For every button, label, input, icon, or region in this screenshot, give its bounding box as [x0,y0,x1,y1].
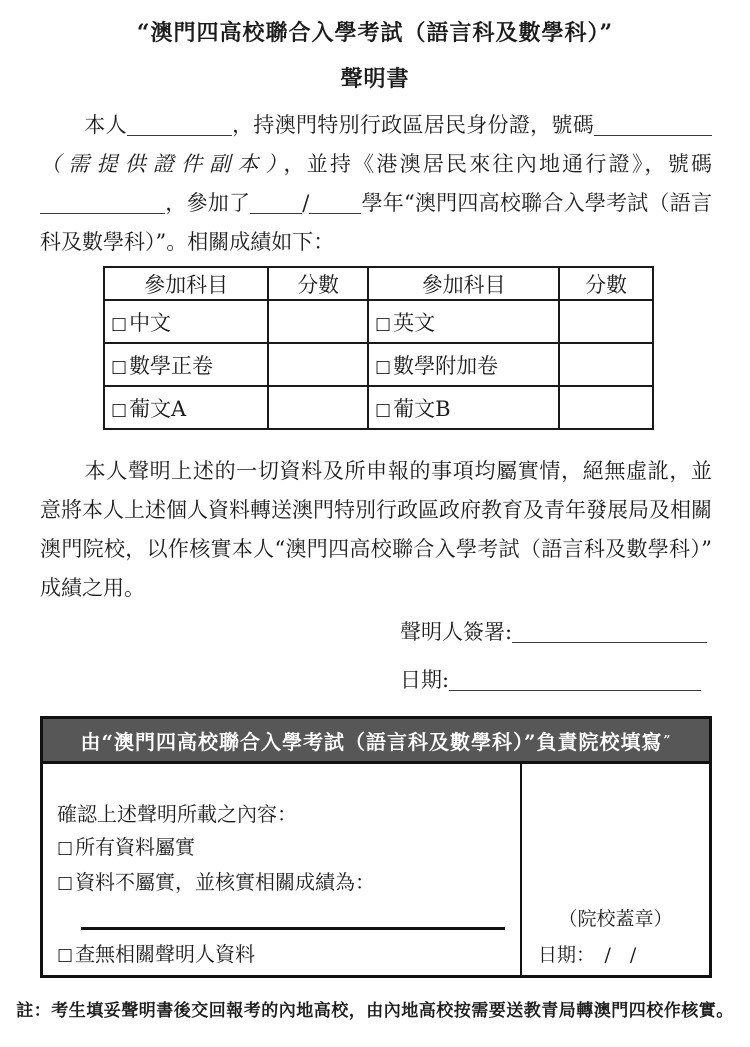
paragraph2-line3: 澳門院校，以作核實本人“澳門四高校聯合入學考試（語言科及數學科）” [40,530,712,569]
confirm-content-title: 確認上述聲明所載之內容： [57,798,510,831]
checkbox-icon[interactable]: □ [111,357,127,377]
subject-label: 數學附加卷 [393,354,498,378]
signature-date-row: 日期: [400,656,707,704]
score-cell[interactable] [559,386,653,429]
checkbox-icon[interactable]: □ [111,314,127,334]
institution-stamp-label: （院校蓋章） [522,904,709,931]
header-superscript-quote: ” [664,734,672,746]
p1-seg-id-text: ，持澳門特別行政區居民身份證，號碼 [232,113,594,137]
header-subject-right: 參加科目 [368,267,559,300]
signature-date-blank-field[interactable] [449,665,701,691]
option-no-record-row: □查無相關聲明人資料 [57,938,510,973]
declaration-form-page: “澳門四高校聯合入學考試（語言科及數學科）” 聲明書 本人，持澳門特別行政區居民… [0,0,750,1047]
subject-label: 葡文A [129,397,186,421]
checkbox-icon[interactable]: □ [57,832,73,865]
signature-date-label: 日期: [400,668,449,692]
stamp-cell: （院校蓋章） 日期： / / [522,764,709,975]
subject-label: 葡文B [393,397,450,421]
score-table-header-row: 參加科目 分數 參加科目 分數 [104,267,653,300]
score-cell[interactable] [268,343,368,386]
option-no-record-label: 查無相關聲明人資料 [75,942,255,966]
verified-score-blank-line[interactable] [81,927,505,930]
p1-seg-joined: ，參加了 [165,191,250,215]
option-not-true-row: □資料不屬實，並核實相關成績為： [57,866,510,901]
signer-signature-label: 聲明人簽署: [400,620,512,644]
header-subject-left: 參加科目 [104,267,268,300]
year-end-blank-field[interactable] [309,188,361,214]
checkbox-icon[interactable]: □ [111,400,127,420]
stamp-date-label: 日期： / / [538,940,636,967]
id-number-blank-field[interactable] [594,110,712,136]
year-start-blank-field[interactable] [250,188,302,214]
subject-cell: □英文 [368,300,559,343]
checkbox-icon[interactable]: □ [57,867,73,900]
option-all-true-row: □所有資料屬實 [57,831,510,866]
footnote: 註：考生填妥聲明書後交回報考的內地高校，由內地高校按需要送教青局轉澳門四校作核實… [0,996,750,1021]
slash-separator: / [302,191,309,215]
subject-label: 英文 [393,311,435,335]
institution-use-box: 由“澳門四高校聯合入學考試（語言科及數學科）”負責院校填寫” 確認上述聲明所載之… [40,716,712,978]
score-table: 參加科目 分數 參加科目 分數 □中文 □英文 □數學正卷 □數學附加卷 □葡文… [103,266,654,430]
p1-seg-exam-name: 學年“澳門四高校聯合入學考試（語言 [361,191,712,215]
score-cell[interactable] [559,300,653,343]
header-score-left: 分數 [268,267,368,300]
paragraph1-line3: ，參加了/學年“澳門四高校聯合入學考試（語言 [40,184,712,223]
institution-use-header-text: 由“澳門四高校聯合入學考試（語言科及數學科）”負責院校填寫 [81,726,663,755]
table-row: □數學正卷 □數學附加卷 [104,343,653,386]
paragraph1-line4: 科及數學科）”。相關成績如下： [40,223,712,262]
p2-seg2: 意將本人上述個人資料轉送澳門特別行政區政府教育及青年發展局及相關 [40,498,712,522]
table-row: □中文 □英文 [104,300,653,343]
subject-cell: □葡文A [104,386,268,429]
paragraph2-line2: 意將本人上述個人資料轉送澳門特別行政區政府教育及青年發展局及相關 [40,491,712,530]
signer-signature-blank-field[interactable] [512,617,707,643]
subject-cell: □數學正卷 [104,343,268,386]
subject-label: 中文 [129,311,171,335]
institution-use-body: 確認上述聲明所載之內容： □所有資料屬實 □資料不屬實，並核實相關成績為： □查… [43,764,709,975]
institution-use-header: 由“澳門四高校聯合入學考試（語言科及數學科）”負責院校填寫” [43,719,709,764]
checkbox-icon[interactable]: □ [57,939,73,972]
paragraph2-line4: 成績之用。 [40,569,712,608]
declaration-paragraph: 本人聲明上述的一切資料及所申報的事項均屬實情，絕無虛訛，並同 意將本人上述個人資… [40,452,712,608]
subject-cell: □中文 [104,300,268,343]
p2-seg4: 成績之用。 [40,576,145,600]
paragraph1-line2: （需提供證件副本），並持《港澳居民來往內地通行證》，號碼 [40,145,712,184]
score-cell[interactable] [268,386,368,429]
p2-seg1: 本人聲明上述的一切資料及所申報的事項均屬實情，絕無虛訛，並同 [40,459,712,491]
checkbox-icon[interactable]: □ [375,314,391,334]
table-row: □葡文A □葡文B [104,386,653,429]
score-cell[interactable] [559,343,653,386]
subject-label: 數學正卷 [129,354,213,378]
option-not-true-label: 資料不屬實，並核實相關成績為： [75,870,375,894]
option-all-true-label: 所有資料屬實 [75,835,195,859]
paragraph1-line1: 本人，持澳門特別行政區居民身份證，號碼 [40,106,712,145]
p2-seg3: 澳門院校，以作核實本人“澳門四高校聯合入學考試（語言科及數學科）” [40,537,712,561]
score-cell[interactable] [268,300,368,343]
header-score-right: 分數 [559,267,653,300]
p1-seg-permit-text: ，並持《港澳居民來往內地通行證》，號碼 [284,152,713,176]
permit-number-blank-field[interactable] [40,188,165,214]
opening-paragraph: 本人，持澳門特別行政區居民身份證，號碼 （需提供證件副本），並持《港澳居民來往內… [40,106,712,262]
subject-cell: □葡文B [368,386,559,429]
signer-signature-row: 聲明人簽署: [400,608,707,656]
verification-options-cell: 確認上述聲明所載之內容： □所有資料屬實 □資料不屬實，並核實相關成績為： □查… [43,764,522,975]
checkbox-icon[interactable]: □ [375,357,391,377]
p1-seg-copy-note: （需提供證件副本） [40,152,284,176]
document-title: “澳門四高校聯合入學考試（語言科及數學科）” [0,16,750,47]
document-subtitle: 聲明書 [0,62,750,93]
signature-block: 聲明人簽署: 日期: [400,608,707,704]
paragraph2-line1: 本人聲明上述的一切資料及所申報的事項均屬實情，絕無虛訛，並同 [40,452,712,491]
name-blank-field[interactable] [127,110,232,136]
subject-cell: □數學附加卷 [368,343,559,386]
p1-seg-name-prefix: 本人 [84,113,127,137]
checkbox-icon[interactable]: □ [375,400,391,420]
p1-seg-results-intro: 科及數學科）”。相關成績如下： [40,230,334,254]
